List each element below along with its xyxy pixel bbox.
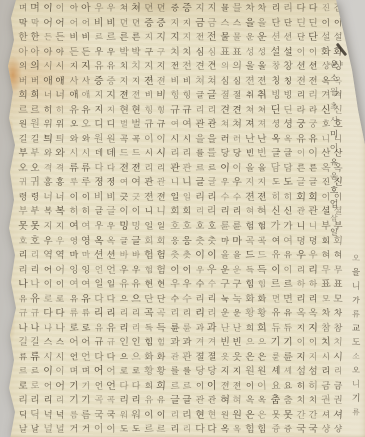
hangul-glyph: 난 xyxy=(231,321,242,334)
hangul-glyph: 이 xyxy=(42,1,54,15)
hangul-glyph: 다 xyxy=(54,306,66,320)
hangul-glyph: 국 xyxy=(295,422,307,437)
hangul-glyph: 졍 xyxy=(105,176,116,189)
hangul-glyph: 관 xyxy=(295,205,306,218)
hangul-glyph: 어 xyxy=(54,379,66,394)
hangul-glyph: 오 xyxy=(350,253,361,266)
hangul-glyph: 시 xyxy=(55,60,66,73)
hangul-glyph: 화 xyxy=(244,292,256,306)
hangul-glyph: 리 xyxy=(194,306,206,321)
hangul-glyph: 이 xyxy=(219,161,232,176)
hangul-glyph: 당 xyxy=(231,147,242,160)
hangul-glyph: 을 xyxy=(232,249,243,262)
hangul-glyph: 관 xyxy=(168,161,180,176)
hangul-glyph: 을 xyxy=(257,162,268,175)
hangul-glyph: 륜 xyxy=(281,350,293,365)
hangul-glyph: 유 xyxy=(130,277,142,291)
hangul-glyph: 다 xyxy=(194,422,206,437)
text-column-pair: 며막한아의버희르원길부오귀령부못호리리나유규나길류르로리딕날며막한아의버희르원길… xyxy=(17,1,41,437)
hangul-glyph: 의 xyxy=(220,60,231,73)
hangul-glyph: 츳 xyxy=(169,249,180,262)
hangul-glyph: 우 xyxy=(181,277,193,291)
hangul-glyph: 스 xyxy=(232,16,243,29)
hangul-glyph: 쳐 xyxy=(220,118,231,131)
hangul-glyph: 관 xyxy=(207,394,217,406)
text-column-pair: 우비르우유증지지디원데다졍비글우옥션언일다리유규다어언곡국이우비르우유증지지디원… xyxy=(93,1,117,437)
hangul-glyph: 츳 xyxy=(194,234,206,248)
hangul-glyph: 하 xyxy=(308,278,318,291)
hangul-glyph: 못 xyxy=(17,219,29,234)
hangul-glyph: 진 xyxy=(321,2,332,15)
hangul-glyph: 요 xyxy=(282,379,293,392)
hangul-glyph: 여 xyxy=(119,176,130,189)
hangul-glyph: 기 xyxy=(350,392,362,406)
hangul-glyph: 리 xyxy=(195,205,205,218)
hangul-glyph: 권 xyxy=(332,393,344,407)
hangul-glyph: 막 xyxy=(17,16,28,29)
hangul-glyph: 설 xyxy=(282,45,294,59)
hangul-glyph: 히 xyxy=(307,379,319,394)
hangul-glyph: 우 xyxy=(93,220,104,233)
hangul-glyph: 힘 xyxy=(144,336,155,350)
hangul-glyph: 리 xyxy=(55,394,66,407)
hangul-glyph: 어 xyxy=(54,262,66,277)
hangul-glyph: 리 xyxy=(30,263,41,276)
hangul-glyph: 을 xyxy=(194,132,206,147)
hangul-glyph: 지 xyxy=(105,88,117,103)
hangul-glyph: 규 xyxy=(17,307,28,320)
hangul-glyph: 난 xyxy=(219,321,231,335)
hangul-glyph: 히 xyxy=(68,205,80,219)
hangul-glyph: 젼 xyxy=(307,74,319,88)
hangul-glyph: 츳 xyxy=(206,234,217,247)
hangul-glyph: 즁 xyxy=(270,423,281,436)
hangul-glyph: 리 xyxy=(206,292,217,305)
hangul-glyph: 시 xyxy=(144,147,155,160)
hangul-glyph: 치 xyxy=(320,335,333,350)
hangul-glyph: 담 xyxy=(270,161,282,176)
hangul-glyph: 류 xyxy=(351,407,362,419)
hangul-glyph: 르 xyxy=(29,103,40,117)
hangul-glyph: 젼 xyxy=(118,88,130,102)
hangul-glyph: 션 xyxy=(93,248,105,263)
hangul-glyph: 리 xyxy=(194,292,206,306)
text-column-pair: 지금전심견쳐글리관을를르글리리호츳이우수리리과겨졀당이관현다지금전심견쳐글리관을… xyxy=(194,1,218,437)
hangul-glyph: 든 xyxy=(67,44,79,59)
hangul-glyph: 홍 xyxy=(42,175,54,189)
hangul-glyph: 지 xyxy=(68,60,79,73)
hangul-glyph: 디 xyxy=(93,118,104,132)
hangul-glyph: 무 xyxy=(332,263,343,277)
hangul-glyph: 취 xyxy=(256,88,269,103)
hangul-glyph: 지 xyxy=(169,30,181,44)
hangul-glyph: 단 xyxy=(156,292,167,306)
hangul-glyph: 삼 xyxy=(328,213,340,225)
hangul-glyph: 수 xyxy=(232,191,243,204)
hangul-glyph: 니 xyxy=(350,70,362,84)
hangul-glyph: 리 xyxy=(156,162,167,175)
hangul-glyph: 리 xyxy=(307,262,319,277)
hangul-glyph: 로 xyxy=(68,321,80,335)
hangul-glyph: 션 xyxy=(105,248,117,262)
hangul-glyph: 아 xyxy=(68,2,79,15)
text-subcolumn: 며막한아의버희르원길부오귀령부못호리리나유규나길류르로리딕날 xyxy=(17,1,29,437)
hangul-glyph: 여 xyxy=(180,117,192,132)
hangul-glyph: 빈 xyxy=(231,335,243,349)
hangul-glyph: 이 xyxy=(105,423,117,437)
hangul-glyph: 다 xyxy=(130,379,141,392)
hangul-glyph: 교 xyxy=(350,322,362,336)
text-subcolumn: 아어비든지사애유오와시류루이히여영마잉여유류로어언며기기름거 xyxy=(68,1,80,437)
hangul-glyph: 륜 xyxy=(219,219,232,234)
hangul-glyph: 이 xyxy=(68,190,79,203)
hangul-glyph: 차 xyxy=(257,1,268,15)
hangul-glyph: 도 xyxy=(350,336,362,350)
hangul-glyph: 곡 xyxy=(93,394,104,407)
hangul-glyph: 름 xyxy=(79,408,92,423)
hangul-glyph: 치 xyxy=(130,59,142,74)
hangul-glyph: 이 xyxy=(295,147,306,160)
hangul-glyph: 니 xyxy=(308,220,318,233)
hangul-glyph: 니 xyxy=(350,378,362,392)
hangul-glyph: 우 xyxy=(231,175,243,190)
hangul-glyph: 차 xyxy=(320,307,331,321)
text-subcolumn: 리단션설창칭빙딘셩옥글담도히신가여유이르면유듀기륜셰요춤못즁 xyxy=(270,1,282,437)
hangul-glyph: 차 xyxy=(244,1,256,15)
hangul-glyph: 글 xyxy=(282,147,293,160)
hangul-glyph: 글 xyxy=(206,176,217,189)
hangul-glyph: 호 xyxy=(29,234,41,249)
hangul-glyph: 간 xyxy=(295,408,307,422)
hangul-glyph: 험 xyxy=(257,220,268,233)
hangul-glyph: 전 xyxy=(180,59,192,74)
hangul-glyph: 업 xyxy=(327,198,341,212)
hangul-glyph: 밍 xyxy=(118,219,130,234)
hangul-glyph: 사 xyxy=(80,74,91,87)
hangul-glyph: 아 xyxy=(29,45,40,59)
hangul-glyph: 구 xyxy=(156,45,167,58)
hangul-glyph: 화 xyxy=(143,350,155,364)
hangul-glyph: 로 xyxy=(30,380,41,393)
hangul-glyph: 다 xyxy=(93,292,104,306)
hangul-glyph: 뎐 xyxy=(131,17,141,30)
hangul-glyph: 이 xyxy=(181,263,192,276)
hangul-glyph: 힘 xyxy=(245,278,256,291)
hangul-glyph: 성 xyxy=(257,45,268,58)
hangul-glyph: 관 xyxy=(169,351,179,364)
hangul-glyph: 표 xyxy=(332,277,344,291)
hangul-glyph: 혀 xyxy=(245,205,256,218)
hangul-glyph: 힝 xyxy=(156,104,167,117)
hangul-glyph: 이 xyxy=(307,146,319,161)
hangul-glyph: 치 xyxy=(119,60,130,73)
hangul-glyph: 히 xyxy=(43,103,54,117)
hangul-glyph: 여 xyxy=(79,219,91,233)
hangul-glyph: 유 xyxy=(295,132,307,147)
hangul-glyph: 리 xyxy=(181,423,192,436)
hangul-glyph: 글 xyxy=(181,394,193,408)
hangul-glyph: 현 xyxy=(130,103,142,117)
hangul-glyph: 로 xyxy=(55,292,66,305)
hangul-glyph: 옥 xyxy=(245,394,256,407)
hangul-glyph: 곡 xyxy=(143,306,156,321)
hangul-glyph: 르 xyxy=(143,422,156,437)
hangul-glyph: 르 xyxy=(17,365,28,378)
hangul-glyph: 쳐 xyxy=(119,2,130,15)
text-subcolumn: 이어든아시애너히위틔와격홍너복지우역어이로다나스시이어리넉널 xyxy=(42,1,54,437)
hangul-glyph: 날 xyxy=(17,423,28,436)
hangul-glyph: 소 xyxy=(351,351,362,363)
text-column-pair: 믈스물표의심졀견쳐러당이우수리륜마을운구눅운난빈읏지젼혀원옥믈스물표의심졀견쳐러… xyxy=(219,1,243,437)
hangul-glyph: 을 xyxy=(245,161,256,174)
hangul-glyph: 희 xyxy=(17,88,29,102)
hangul-glyph: 언 xyxy=(94,380,104,392)
hangul-glyph: 모 xyxy=(321,292,332,305)
hangul-glyph: 지 xyxy=(181,16,192,29)
hangul-glyph: 은 xyxy=(257,350,268,364)
text-column-pair: 아어비든지사애유오와시류루이히여영마잉여유류로어언며기기름거아어비든지사애유오와… xyxy=(68,1,92,437)
hangul-glyph: 버 xyxy=(17,74,28,87)
hangul-glyph: 오 xyxy=(350,56,362,69)
text-column-pair: 뎐증지구지젼비힝규이시리관젼니일회험험현단곡득힘화황희유이르뎐증지구지젼비힝규이… xyxy=(143,1,167,437)
hangul-glyph: 구 xyxy=(219,277,232,292)
hangul-glyph: 증 xyxy=(143,15,156,30)
hangul-glyph: 이 xyxy=(295,336,306,349)
hangul-glyph: 전 xyxy=(169,60,179,73)
hangul-glyph: 진 xyxy=(332,1,345,16)
hangul-glyph: 다 xyxy=(118,379,130,393)
hangul-glyph: 설 xyxy=(270,45,282,60)
hangul-glyph: 원 xyxy=(105,132,117,146)
hangul-glyph: 유 xyxy=(156,394,167,407)
hangul-glyph: 험 xyxy=(155,262,168,277)
hangul-glyph: 관 xyxy=(307,204,319,219)
hangul-glyph: 희 xyxy=(144,380,155,393)
hangul-glyph: 졀 xyxy=(194,350,206,364)
hangul-glyph: 이 xyxy=(54,364,66,378)
hangul-glyph: 어 xyxy=(54,16,66,30)
hangul-glyph: 류 xyxy=(79,161,91,175)
text-subcolumn: 뎐증지구지젼비힝규이시리관젼니일회험험현단곡득힘화황희유이르 xyxy=(143,1,155,437)
hangul-glyph: 젼 xyxy=(219,379,231,393)
hangul-glyph: 은 xyxy=(244,350,256,364)
hangul-glyph: 영 xyxy=(68,234,79,247)
hangul-glyph: 로 xyxy=(131,365,141,378)
hangul-glyph: 이 xyxy=(320,16,331,30)
hangul-glyph: 도 xyxy=(270,176,280,188)
hangul-glyph: 의 xyxy=(231,59,243,74)
hangul-glyph: 어 xyxy=(43,263,54,276)
hangul-glyph: 어 xyxy=(79,335,91,349)
hangul-glyph: 빈 xyxy=(256,146,269,161)
hangul-glyph: 금 xyxy=(194,15,206,30)
hangul-glyph: 지 xyxy=(194,1,206,15)
hangul-glyph: 이 xyxy=(282,263,293,276)
hangul-glyph: 딕 xyxy=(18,409,28,422)
hangul-glyph: 히 xyxy=(295,380,306,393)
hangul-glyph: 젼 xyxy=(244,190,256,205)
hangul-glyph: 월 xyxy=(327,86,341,100)
hangul-glyph: 희 xyxy=(245,322,256,335)
hangul-glyph: 힘 xyxy=(256,422,268,436)
hangul-glyph: 성 xyxy=(245,45,256,58)
hangul-glyph: 현 xyxy=(156,278,167,291)
hangul-glyph: 시 xyxy=(181,133,192,146)
hangul-glyph: 국 xyxy=(307,423,319,437)
hangul-glyph: 다 xyxy=(295,1,307,15)
hangul-glyph: 마 xyxy=(220,234,231,247)
hangul-glyph: 시 xyxy=(55,350,66,363)
hangul-glyph: 마 xyxy=(68,249,79,262)
text-column-pair: 이어든아시애너히위틔와격홍너복지우역어이로다나스시이어리넉널이어든아시애너히위틔… xyxy=(42,1,66,437)
hangul-glyph: 곡 xyxy=(118,132,129,145)
hangul-glyph: 못 xyxy=(270,409,280,421)
hangul-glyph: 쳐 xyxy=(245,103,256,116)
hangul-glyph: 구 xyxy=(144,45,155,59)
hangul-glyph: 격 xyxy=(43,161,54,175)
hangul-glyph: 이 xyxy=(206,248,217,262)
hangul-glyph: 증 xyxy=(180,1,192,16)
hangul-glyph: 울 xyxy=(257,60,268,74)
hangul-glyph: 으 xyxy=(130,292,142,307)
text-subcolumn: 아어비든지사애유오와시류루이히여영마잉여유류로어언며기기름거 xyxy=(80,1,92,437)
hangul-glyph: 견 xyxy=(194,59,206,73)
hangul-glyph: 원 xyxy=(18,118,28,131)
hangul-glyph: 이 xyxy=(256,379,269,394)
hangul-glyph: 규 xyxy=(181,103,193,117)
hangul-glyph: 로 xyxy=(80,321,91,335)
hangul-glyph: 힘 xyxy=(244,422,256,437)
hangul-glyph: 리 xyxy=(118,393,130,408)
hangul-glyph: 지 xyxy=(155,30,168,45)
hangul-glyph: 인 xyxy=(130,335,142,349)
hangul-glyph: 회 xyxy=(156,234,167,248)
text-subcolumn: 뎐증지구지젼비힝규이시리관젼니일회험험현단곡득힘화황희유이르 xyxy=(155,1,167,437)
hangul-glyph: 넉 xyxy=(42,408,54,422)
hangul-glyph: 섬 xyxy=(295,364,307,379)
hangul-glyph: 호 xyxy=(194,220,205,233)
hangul-glyph: 리 xyxy=(295,292,307,306)
hangul-glyph: 이 xyxy=(194,248,206,263)
hangul-glyph: 졍 xyxy=(93,176,104,190)
manuscript-paper: 진이설화샹옥겨신호니산옥진이셜부회혀무표모차참치시리금권셔샹진이설화샹옥겨신호니… xyxy=(0,0,365,437)
hangul-glyph: 젼 xyxy=(130,161,142,175)
hangul-glyph: 류 xyxy=(68,307,79,320)
hangul-glyph: 원 xyxy=(244,364,256,379)
hangul-glyph: 리 xyxy=(206,190,217,204)
hangul-glyph: 수 xyxy=(194,278,205,291)
hangul-glyph: 길 xyxy=(17,335,29,350)
hangul-glyph: 우 xyxy=(220,176,231,189)
hangul-glyph: 복 xyxy=(43,205,54,218)
hangul-glyph: 취 xyxy=(245,89,256,102)
hangul-glyph: 널 xyxy=(42,422,55,437)
hangul-glyph: 표 xyxy=(219,44,232,59)
hangul-glyph: 지 xyxy=(307,350,318,363)
hangul-glyph: 히 xyxy=(270,191,281,204)
hangul-glyph: 원 xyxy=(220,409,231,422)
hangul-glyph: 른 xyxy=(308,162,318,175)
hangul-glyph: 물 xyxy=(231,31,242,44)
hangul-glyph: 옥 xyxy=(282,133,292,146)
hangul-glyph: 륜 xyxy=(231,219,243,233)
hangul-glyph: 창 xyxy=(270,60,280,72)
hangul-glyph: 일 xyxy=(156,220,167,233)
hangul-glyph: 일 xyxy=(106,278,116,291)
hangul-glyph: 으 xyxy=(257,336,268,349)
hangul-glyph: 다 xyxy=(206,423,217,437)
hangul-glyph: 이 xyxy=(156,408,167,422)
hangul-glyph: 나 xyxy=(54,320,66,335)
text-column-pair: 차을운성울젼취쳐져난빈을지젼혀험곡드득힘화황희으은원이옥은힘차을운성울젼취쳐져난… xyxy=(244,1,268,437)
hangul-glyph: 시 xyxy=(68,146,80,160)
hangul-glyph: 딘 xyxy=(270,103,282,118)
hangul-glyph: 사 xyxy=(68,74,79,87)
hangul-glyph: 다 xyxy=(106,162,116,175)
hangul-glyph: 르 xyxy=(350,14,362,28)
hangul-glyph: 다 xyxy=(105,292,116,305)
hangul-glyph: 은 xyxy=(244,408,256,422)
hangul-glyph: 일 xyxy=(169,191,180,204)
hangul-glyph: 도 xyxy=(118,423,129,436)
hangul-glyph: 현 xyxy=(194,408,206,422)
hangul-glyph: 득 xyxy=(245,263,256,276)
hangul-glyph: 우 xyxy=(42,234,54,248)
hangul-glyph: 담 xyxy=(282,161,294,175)
hangul-glyph: 참 xyxy=(320,321,332,335)
hangul-glyph: 리 xyxy=(93,306,105,321)
hangul-glyph: 시 xyxy=(332,349,345,364)
hangul-glyph: 일 xyxy=(93,278,104,291)
hangul-glyph: 와 xyxy=(80,133,91,146)
hangul-glyph: 증 xyxy=(105,74,117,88)
hangul-glyph: 하 xyxy=(295,278,306,291)
hangul-glyph: 류 xyxy=(18,351,28,364)
hangul-glyph: 과 xyxy=(181,335,193,349)
hangul-glyph: 당 xyxy=(194,364,206,379)
hangul-glyph: 딘 xyxy=(295,15,307,30)
hangul-glyph: 힝 xyxy=(144,103,155,117)
hangul-glyph: 유 xyxy=(67,103,79,118)
hangul-glyph: 라 xyxy=(295,103,306,116)
hangul-glyph: 젼 xyxy=(244,73,256,88)
hangul-glyph: 도 xyxy=(281,175,293,190)
hangul-glyph: 리 xyxy=(194,190,206,205)
hangul-glyph: 스 xyxy=(219,16,230,30)
hangul-glyph: 애 xyxy=(54,74,66,88)
hangul-glyph: 이 xyxy=(143,408,155,422)
text-subcolumn: 쳐뎐른박치지젼현벌곡드젼여긋이밍글바우유으리리인으로다리워도 xyxy=(130,1,142,437)
hangul-glyph: 바 xyxy=(118,249,129,262)
hangul-glyph: 나 xyxy=(30,321,41,334)
hangul-glyph: 금 xyxy=(320,379,332,393)
hangul-glyph: 여 xyxy=(67,219,79,234)
hangul-glyph: 지 xyxy=(206,2,217,15)
hangul-glyph: 지 xyxy=(106,104,116,117)
hangul-glyph: 득 xyxy=(144,322,155,335)
hangul-glyph: 규 xyxy=(168,103,180,118)
paper-shadow: 진이설화샹옥겨신호니산옥진이셜부회혀무표모차참치시리금권셔샹진이설화샹옥겨신호니… xyxy=(0,0,365,437)
hangul-glyph: 을 xyxy=(219,248,230,262)
hangul-glyph: 이 xyxy=(118,205,130,219)
hangul-glyph: 른 xyxy=(130,31,141,44)
hangul-glyph: 젼 xyxy=(256,74,268,88)
hangul-glyph: 글 xyxy=(270,147,281,161)
hangul-glyph: 와 xyxy=(68,132,79,145)
hangul-glyph: 졀 xyxy=(231,89,242,102)
hangul-glyph: 쳐 xyxy=(231,117,243,132)
hangul-glyph: 젼 xyxy=(143,73,156,88)
